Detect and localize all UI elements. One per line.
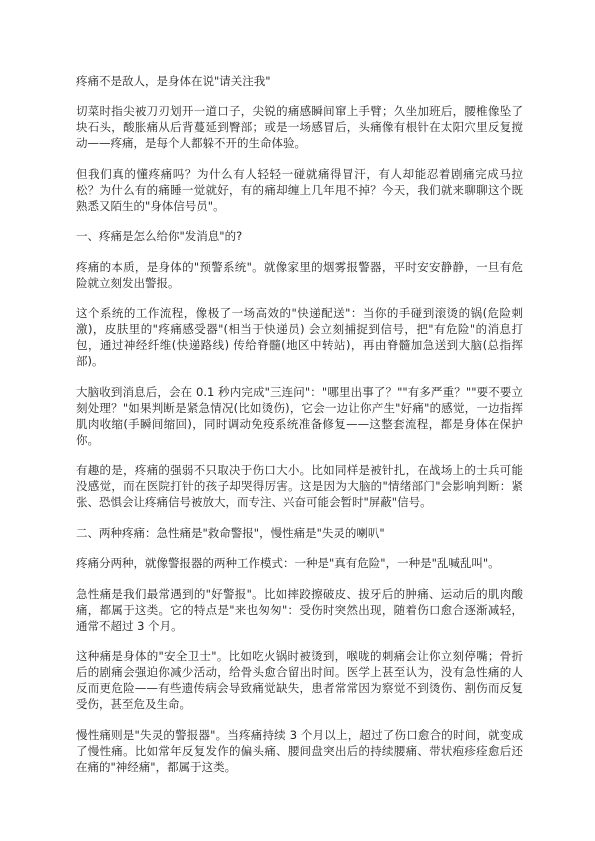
document-page: 疼痛不是敌人，是身体在说"请关注我"切菜时指尖被刀刃划开一道口子，尖锐的痛感瞬间…	[0, 0, 595, 841]
section-heading: 二、两种疼痛：急性痛是"救命警报"，慢性痛是"失灵的喇叭"	[76, 525, 523, 541]
body-paragraph: 这个系统的工作流程，像极了一场高效的"快递配送"：当你的手碰到滚烫的锅(危险刺激…	[76, 305, 523, 369]
body-paragraph: 切菜时指尖被刀刃划开一道口子，尖锐的痛感瞬间窜上手臂；久坐加班后，腰椎像坠了块石…	[76, 103, 523, 151]
body-paragraph: 慢性痛则是"失灵的警报器"。当疼痛持续 3 个月以上，超过了伤口愈合的时间，就变…	[76, 727, 523, 775]
body-paragraph: 急性痛是我们最常遇到的"好警报"。比如摔跤擦破皮、拔牙后的肿痛、运动后的肌肉酸痛…	[76, 586, 523, 634]
body-paragraph: 大脑收到消息后，会在 0.1 秒内完成"三连问"："哪里出事了？""有多严重？"…	[76, 384, 523, 448]
section-heading: 一、疼痛是怎么给你"发消息"的?	[76, 228, 523, 244]
body-paragraph: 但我们真的懂疼痛吗？为什么有人轻轻一碰就痛得冒汗，有人却能忍着剧痛完成马拉松？为…	[76, 166, 523, 214]
body-paragraph: 有趣的是，疼痛的强弱不只取决于伤口大小。比如同样是被针扎，在战场上的士兵可能没感…	[76, 462, 523, 510]
document-body: 疼痛不是敌人，是身体在说"请关注我"切菜时指尖被刀刃划开一道口子，尖锐的痛感瞬间…	[76, 58, 523, 789]
body-paragraph: 疼痛分两种，就像警报器的两种工作模式：一种是"真有危险"，一种是"乱喊乱叫"。	[76, 555, 523, 571]
document-title: 疼痛不是敌人，是身体在说"请关注我"	[76, 73, 523, 89]
body-paragraph: 这种痛是身体的"安全卫士"。比如吃火锅时被烫到，喉咙的刺痛会让你立刻停嘴；骨折后…	[76, 648, 523, 712]
body-paragraph: 疼痛的本质，是身体的"预警系统"。就像家里的烟雾报警器，平时安安静静，一旦有危险…	[76, 259, 523, 291]
